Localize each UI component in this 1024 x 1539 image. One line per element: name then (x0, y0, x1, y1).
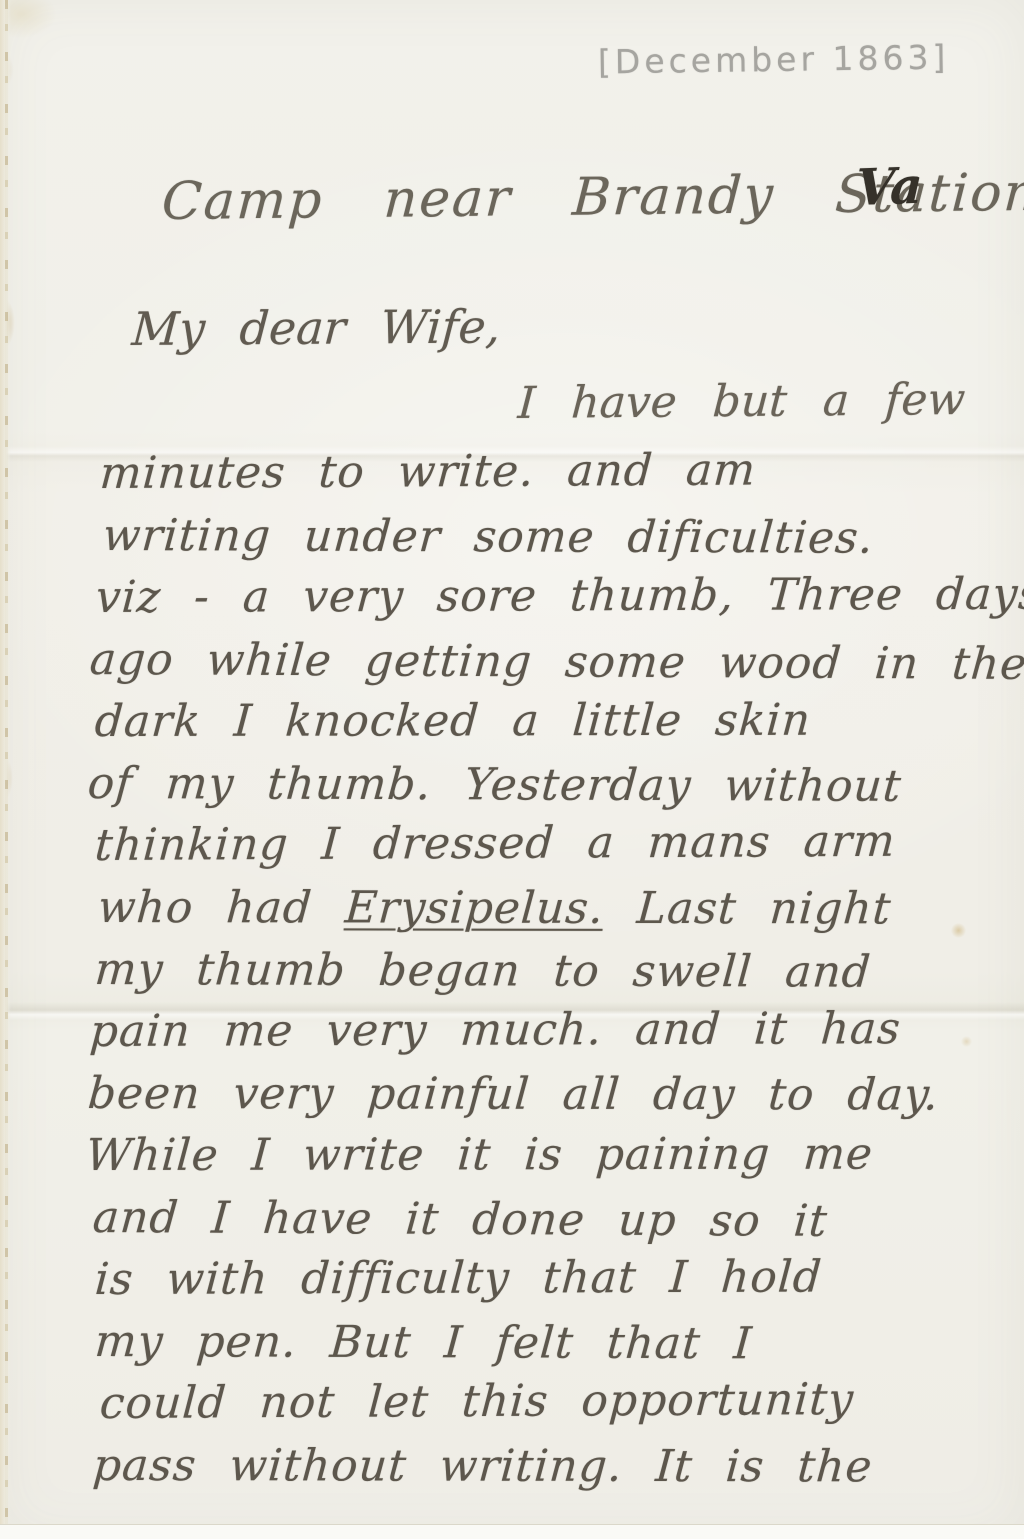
letter-line: my thumb began to swell and (93, 944, 873, 998)
letter-line: of my thumb. Yesterday without (86, 758, 903, 812)
letter-line: minutes to write. and am (98, 445, 757, 499)
archival-date-annotation: [December 1863] (598, 38, 950, 82)
letter-page-scan: [December 1863] Camp near Brandy Station… (0, 0, 1024, 1539)
letter-line: pass without writing. It is the (91, 1440, 874, 1492)
letter-line: pain me very much. and it has (88, 1003, 902, 1057)
letter-line: who had Erysipelus. Last night (96, 882, 893, 934)
letter-line: been very painful all day to day. (86, 1068, 941, 1120)
letter-heading-state: Va (855, 156, 924, 217)
underlined-word: Erysipelus. (343, 882, 605, 933)
paper-spot (951, 923, 966, 938)
letter-line: could not let this opportunity (98, 1374, 855, 1429)
letter-line: my pen. But I felt that I (93, 1316, 754, 1369)
letter-line-segment: who had (96, 882, 347, 933)
letter-salutation: My dear Wife, (130, 299, 502, 356)
letter-line: writing under some dificulties. (101, 510, 875, 564)
letter-line: While I write it is paining me (84, 1129, 875, 1181)
letter-line: is with difficulty that I hold (93, 1251, 824, 1305)
letter-line: and I have it done up so it (91, 1192, 829, 1247)
letter-line: dark I knocked a little skin (93, 695, 812, 747)
letter-line: ago while getting some wood in the (88, 634, 1024, 690)
letter-line-segment: Last night (602, 883, 893, 934)
letter-opening-line: I have but a few (516, 374, 966, 429)
paper-spot (961, 1036, 972, 1047)
torn-left-edge-line (5, 0, 8, 1524)
letter-line: thinking I dressed a mans arm (93, 816, 897, 871)
scan-bottom-edge (0, 1524, 1024, 1539)
letter-line: viz - a very sore thumb, Three days (94, 569, 1024, 623)
